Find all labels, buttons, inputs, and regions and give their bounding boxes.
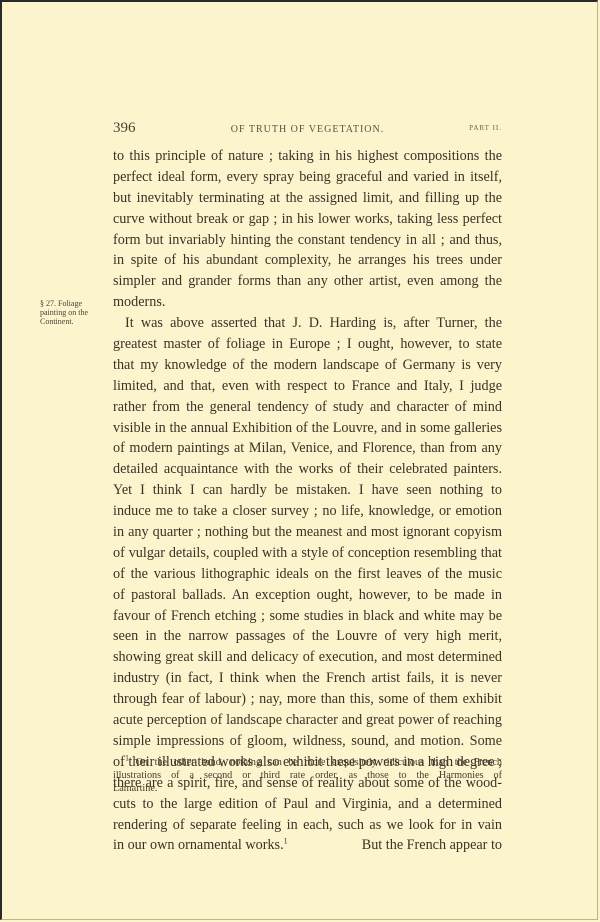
text-line: to this principle of nature ; taking in … — [113, 146, 502, 167]
text-line: perfect ideal form, every spray being gr… — [113, 167, 502, 188]
text-line: but inevitably terminating at the assign… — [113, 188, 502, 209]
footnote-reference[interactable]: 1 — [284, 837, 288, 846]
text-line: showing great skill and delicacy of exec… — [113, 647, 502, 668]
text-line: in any quarter ; nothing but the meanest… — [113, 522, 502, 543]
footnote: 1 On the other hand, nothing can be more… — [113, 756, 502, 795]
text-fragment: in our own ornamental works.1 — [113, 835, 288, 856]
marginal-note-line: § 27. Foliage — [40, 299, 120, 308]
text-line: greatest master of foliage in Europe ; I… — [113, 334, 502, 355]
text-line: It was above asserted that J. D. Harding… — [113, 313, 502, 334]
footnote-line: 1 On the other hand, nothing can be more… — [113, 756, 502, 769]
text-line: cuts to the large edition of Paul and Vi… — [113, 794, 502, 815]
marginal-note-line: painting on the — [40, 308, 120, 317]
text-line: Yet I think I can hardly be mistaken. I … — [113, 480, 502, 501]
footnote-marker: 1 — [125, 754, 129, 763]
text-line: simpler and grander forms than any other… — [113, 271, 502, 292]
text-line: curve without break or gap ; in his lowe… — [113, 209, 502, 230]
text-line: acute perception of landscape character … — [113, 710, 502, 731]
text-line: of vulgar details, coupled with a style … — [113, 543, 502, 564]
text-line: visible in the annual Exhibition of the … — [113, 418, 502, 439]
marginal-note: § 27. Foliage painting on the Continent. — [40, 299, 120, 326]
footnote-line: Lamartine. — [113, 782, 502, 795]
text-line: favour of French etching ; some studies … — [113, 606, 502, 627]
text-line: simple impressions of gloom, wildness, s… — [113, 731, 502, 752]
text-line: rather from the general tendency of stud… — [113, 397, 502, 418]
text-line: form but invariably hinting the constant… — [113, 230, 502, 251]
footnote-text: On the other hand, nothing can be more e… — [136, 757, 502, 768]
text-fragment-tail: But the French appear to — [362, 835, 502, 856]
text-line: through fear of labour) ; nay, more than… — [113, 689, 502, 710]
text-line: induce me to take a closer survey ; no l… — [113, 501, 502, 522]
text-fragment-main: in our own ornamental works. — [113, 837, 284, 853]
page-header: 396 OF TRUTH OF VEGETATION. PART II. — [113, 120, 502, 140]
body-text: to this principle of nature ; taking in … — [113, 146, 502, 856]
text-line: in spite of his abundant complexity, he … — [113, 250, 502, 271]
text-line: rendering of separate feeling in each, s… — [113, 815, 502, 836]
text-line: moderns. — [113, 292, 502, 313]
part-label: PART II. — [469, 124, 502, 132]
text-line: of pastoral ballads. An exception ought,… — [113, 585, 502, 606]
book-page: 396 OF TRUTH OF VEGETATION. PART II. § 2… — [0, 0, 598, 920]
footnote-line: illustrations of a second or third rate … — [113, 769, 502, 782]
text-line: of the various lithographic ideals on th… — [113, 564, 502, 585]
text-line: limited, and that, even with respect to … — [113, 376, 502, 397]
text-line: industry (in fact, I think when the Fren… — [113, 668, 502, 689]
text-line: that my knowledge of the modern landscap… — [113, 355, 502, 376]
text-line: of modern paintings at Milan, Venice, an… — [113, 438, 502, 459]
text-line-final: in our own ornamental works.1 But the Fr… — [113, 835, 502, 856]
text-line: seen in the narrow passages of the Louvr… — [113, 626, 502, 647]
running-title: OF TRUTH OF VEGETATION. — [113, 124, 502, 135]
marginal-note-line: Continent. — [40, 317, 120, 326]
text-line: detailed acquaintance with the works of … — [113, 459, 502, 480]
